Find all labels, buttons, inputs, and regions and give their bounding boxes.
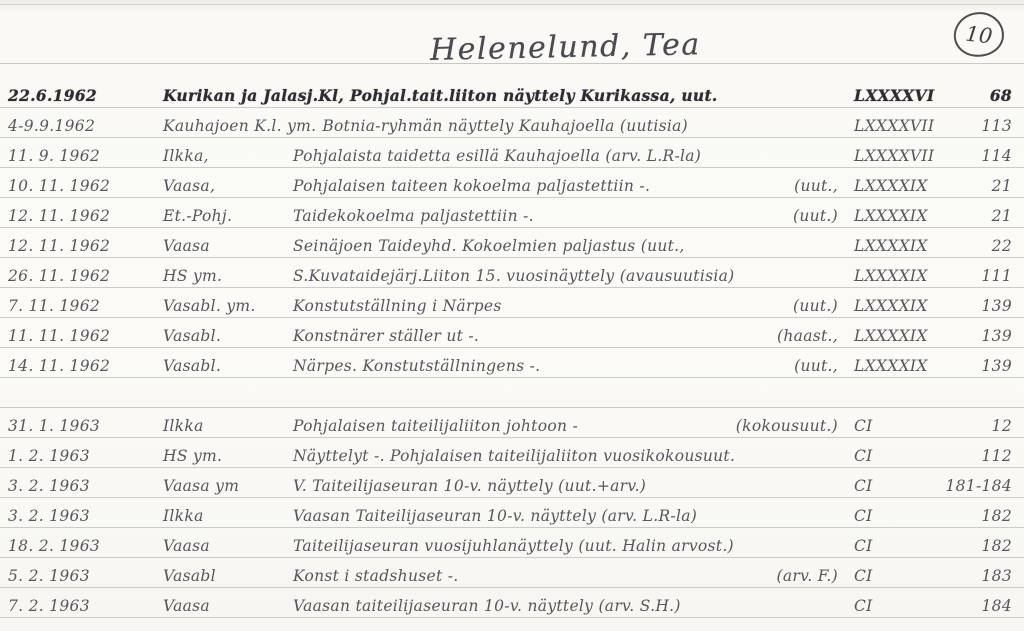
table-row: 3. 2. 1963 Ilkka Vaasan Taiteilijaseuran… <box>0 498 1024 528</box>
entry-note: (arv. F.) <box>777 567 854 585</box>
blank-ruled-row <box>0 378 1024 408</box>
entry-reference: CI 182 <box>854 537 1018 555</box>
entry-source: Vasabl. <box>163 327 293 345</box>
entry-main: Vaasan taiteilijaseuran 10-v. näyttely (… <box>293 597 854 615</box>
circled-card-number: 10 <box>951 9 1006 60</box>
entry-reference: LXXXXVII 113 <box>854 117 1018 135</box>
entry-date: 7. 11. 1962 <box>8 297 163 315</box>
entry-date: 11. 9. 1962 <box>8 147 163 165</box>
entry-page: 139 <box>982 297 1019 315</box>
entry-reference: LXXXXIX 21 <box>854 207 1018 225</box>
table-row: 31. 1. 1963 Ilkka Pohjalaisen taiteilija… <box>0 408 1024 438</box>
entry-description: Vaasan Taiteilijaseuran 10-v. näyttely (… <box>293 507 697 525</box>
entry-page: 22 <box>992 237 1018 255</box>
entry-main: Konst i stadshuset -. (arv. F.) <box>293 567 854 585</box>
entry-source: Vasabl <box>163 567 293 585</box>
entry-main: Pohjalaisen taiteen kokoelma paljastetti… <box>293 177 854 195</box>
entry-description: Botnia-ryhmän näyttely Kauhajoella (uuti… <box>322 117 688 135</box>
entry-date: 12. 11. 1962 <box>8 207 163 225</box>
entry-source: HS ym. <box>163 447 293 465</box>
entry-source: Ilkka, <box>163 147 293 165</box>
entry-source: Kauhajoen K.l. ym. <box>163 117 322 135</box>
entry-main: Taidekokoelma paljastettiin -. (uut.) <box>293 207 854 225</box>
entry-date: 4-9.9.1962 <box>8 117 163 135</box>
entry-reference: LXXXXVI 68 <box>854 86 1018 105</box>
entry-page: 112 <box>982 447 1019 465</box>
table-row: 7. 2. 1963 Vaasa Vaasan taiteilijaseuran… <box>0 588 1024 618</box>
entry-page: 114 <box>982 147 1019 165</box>
entry-main: V. Taiteilijaseuran 10-v. näyttely (uut.… <box>293 477 854 495</box>
entry-date: 22.6.1962 <box>8 86 163 105</box>
table-row: 11. 11. 1962 Vasabl. Konstnärer ställer … <box>0 318 1024 348</box>
entry-main: Pohjalaista taidetta esillä Kauhajoella … <box>293 147 854 165</box>
entry-description: Konstnärer ställer ut -. <box>293 327 479 345</box>
entry-page: 182 <box>982 507 1019 525</box>
entry-volume: LXXXXIX <box>854 297 928 315</box>
entry-date: 5. 2. 1963 <box>8 567 163 585</box>
entry-main: Näyttelyt -. Pohjalaisen taiteilijaliito… <box>293 447 854 465</box>
entry-page: 111 <box>982 267 1019 285</box>
entry-volume: CI <box>854 597 873 615</box>
card-header: Helenelund, Tea 10 <box>0 0 1024 64</box>
entry-description: Pohjal.tait.liiton näyttely Kurikassa, u… <box>350 86 718 105</box>
entry-volume: CI <box>854 567 873 585</box>
card-title: Helenelund, Tea <box>430 27 701 68</box>
entry-reference: CI 181-184 <box>854 477 1018 495</box>
table-row: 4-9.9.1962 Kauhajoen K.l. ym. Botnia-ryh… <box>0 108 1024 138</box>
entry-main: Botnia-ryhmän näyttely Kauhajoella (uuti… <box>322 117 854 135</box>
entry-reference: LXXXXIX 111 <box>854 267 1018 285</box>
entry-volume: LXXXXIX <box>854 177 928 195</box>
entry-source: Ilkka <box>163 417 293 435</box>
entry-volume: LXXXXVII <box>854 147 934 165</box>
entry-reference: CI 182 <box>854 507 1018 525</box>
table-row: 7. 11. 1962 Vasabl. ym. Konstutställning… <box>0 288 1024 318</box>
entry-main: Taiteilijaseuran vuosijuhlanäyttely (uut… <box>293 537 854 555</box>
entry-reference: LXXXXIX 21 <box>854 177 1018 195</box>
entry-date: 11. 11. 1962 <box>8 327 163 345</box>
entry-volume: LXXXXIX <box>854 267 928 285</box>
entry-reference: LXXXXIX 22 <box>854 237 1018 255</box>
entry-main: Pohjal.tait.liiton näyttely Kurikassa, u… <box>350 86 854 105</box>
entry-note: (uut.) <box>793 297 854 315</box>
entry-page: 184 <box>982 597 1019 615</box>
entry-description: Taiteilijaseuran vuosijuhlanäyttely (uut… <box>293 537 734 555</box>
entry-description: Pohjalaisen taiteen kokoelma paljastetti… <box>293 177 650 195</box>
table-row: 5. 2. 1963 Vasabl Konst i stadshuset -. … <box>0 558 1024 588</box>
entry-description: S.Kuvataidejärj.Liiton 15. vuosinäyttely… <box>293 267 735 285</box>
entry-volume: CI <box>854 537 873 555</box>
entry-main: Vaasan Taiteilijaseuran 10-v. näyttely (… <box>293 507 854 525</box>
entries: 22.6.1962 Kurikan ja Jalasj.Kl, Pohjal.t… <box>0 63 1024 618</box>
entry-page: 68 <box>990 86 1018 105</box>
entry-page: 113 <box>982 117 1019 135</box>
table-row: 18. 2. 1963 Vaasa Taiteilijaseuran vuosi… <box>0 528 1024 558</box>
entry-date: 10. 11. 1962 <box>8 177 163 195</box>
entry-description: Taidekokoelma paljastettiin -. <box>293 207 534 225</box>
entry-note: (kokousuut.) <box>736 417 854 435</box>
entry-description: V. Taiteilijaseuran 10-v. näyttely (uut.… <box>293 477 646 495</box>
entry-reference: CI 112 <box>854 447 1018 465</box>
entry-reference: CI 184 <box>854 597 1018 615</box>
entry-description: Konstutställning i Närpes <box>293 297 502 315</box>
entry-date: 7. 2. 1963 <box>8 597 163 615</box>
entry-page: 182 <box>982 537 1019 555</box>
entry-volume: LXXXXVI <box>854 86 934 105</box>
table-row: 11. 9. 1962 Ilkka, Pohjalaista taidetta … <box>0 138 1024 168</box>
entry-date: 3. 2. 1963 <box>8 477 163 495</box>
entry-main: Pohjalaisen taiteilijaliiton johtoon - (… <box>293 417 854 435</box>
entry-note: (haast., <box>777 327 854 345</box>
entry-reference: LXXXXVII 114 <box>854 147 1018 165</box>
entry-reference: LXXXXIX 139 <box>854 297 1018 315</box>
entry-description: Pohjalaista taidetta esillä Kauhajoella … <box>293 147 701 165</box>
table-row: 12. 11. 1962 Vaasa Seinäjoen Taideyhd. K… <box>0 228 1024 258</box>
entry-date: 18. 2. 1963 <box>8 537 163 555</box>
table-row: 10. 11. 1962 Vaasa, Pohjalaisen taiteen … <box>0 168 1024 198</box>
table-row: 1. 2. 1963 HS ym. Näyttelyt -. Pohjalais… <box>0 438 1024 468</box>
entry-date: 3. 2. 1963 <box>8 507 163 525</box>
entry-source: Vasabl. ym. <box>163 297 293 315</box>
entry-description: Näyttelyt -. Pohjalaisen taiteilijaliito… <box>293 447 735 465</box>
entry-page: 183 <box>982 567 1019 585</box>
entry-source: HS ym. <box>163 267 293 285</box>
entry-reference: LXXXXIX 139 <box>854 357 1018 375</box>
entry-source: Et.-Pohj. <box>163 207 293 225</box>
entry-date: 31. 1. 1963 <box>8 417 163 435</box>
entry-volume: LXXXXIX <box>854 357 928 375</box>
entry-main: Konstutställning i Närpes (uut.) <box>293 297 854 315</box>
entry-page: 181-184 <box>945 477 1018 495</box>
entry-description: Konst i stadshuset -. <box>293 567 459 585</box>
entry-source: Ilkka <box>163 507 293 525</box>
entry-page: 139 <box>982 357 1019 375</box>
entry-main: Seinäjoen Taideyhd. Kokoelmien paljastus… <box>293 237 854 255</box>
entry-main: Konstnärer ställer ut -. (haast., <box>293 327 854 345</box>
entry-description: Vaasan taiteilijaseuran 10-v. näyttely (… <box>293 597 681 615</box>
entry-reference: CI 12 <box>854 417 1018 435</box>
entry-page: 12 <box>992 417 1018 435</box>
table-row: 12. 11. 1962 Et.-Pohj. Taidekokoelma pal… <box>0 198 1024 228</box>
entry-main: Närpes. Konstutställningens -. (uut., <box>293 357 854 375</box>
entry-source: Vaasa ym <box>163 477 293 495</box>
table-row: 26. 11. 1962 HS ym. S.Kuvataidejärj.Liit… <box>0 258 1024 288</box>
entry-volume: LXXXXVII <box>854 117 934 135</box>
entry-date: 1. 2. 1963 <box>8 447 163 465</box>
entry-source: Kurikan ja Jalasj.Kl, <box>163 86 350 105</box>
entry-page: 139 <box>982 327 1019 345</box>
entry-date: 14. 11. 1962 <box>8 357 163 375</box>
entry-volume: CI <box>854 477 873 495</box>
entry-source: Vasabl. <box>163 357 293 375</box>
table-row: 3. 2. 1963 Vaasa ym V. Taiteilijaseuran … <box>0 468 1024 498</box>
entry-volume: LXXXXIX <box>854 327 928 345</box>
entry-source: Vaasa <box>163 237 293 255</box>
entry-reference: CI 183 <box>854 567 1018 585</box>
entry-source: Vaasa, <box>163 177 293 195</box>
table-row: 14. 11. 1962 Vasabl. Närpes. Konstutstäl… <box>0 348 1024 378</box>
entry-note: (uut., <box>794 177 854 195</box>
entry-volume: LXXXXIX <box>854 237 928 255</box>
entry-date: 12. 11. 1962 <box>8 237 163 255</box>
entry-description: Seinäjoen Taideyhd. Kokoelmien paljastus… <box>293 237 685 255</box>
entry-volume: LXXXXIX <box>854 207 928 225</box>
index-card: Helenelund, Tea 10 22.6.1962 Kurikan ja … <box>0 0 1024 631</box>
entry-note: (uut., <box>794 357 854 375</box>
entry-description: Närpes. Konstutställningens -. <box>293 357 540 375</box>
entry-volume: CI <box>854 447 873 465</box>
entry-source: Vaasa <box>163 597 293 615</box>
entry-reference: LXXXXIX 139 <box>854 327 1018 345</box>
entry-volume: CI <box>854 507 873 525</box>
entry-page: 21 <box>992 177 1018 195</box>
entry-description: Pohjalaisen taiteilijaliiton johtoon - <box>293 417 578 435</box>
entry-note: (uut.) <box>793 207 854 225</box>
card-number: 10 <box>964 21 993 48</box>
entry-main: S.Kuvataidejärj.Liiton 15. vuosinäyttely… <box>293 267 854 285</box>
entry-volume: CI <box>854 417 873 435</box>
entry-page: 21 <box>992 207 1018 225</box>
entry-source: Vaasa <box>163 537 293 555</box>
table-row: 22.6.1962 Kurikan ja Jalasj.Kl, Pohjal.t… <box>0 63 1024 108</box>
entry-date: 26. 11. 1962 <box>8 267 163 285</box>
